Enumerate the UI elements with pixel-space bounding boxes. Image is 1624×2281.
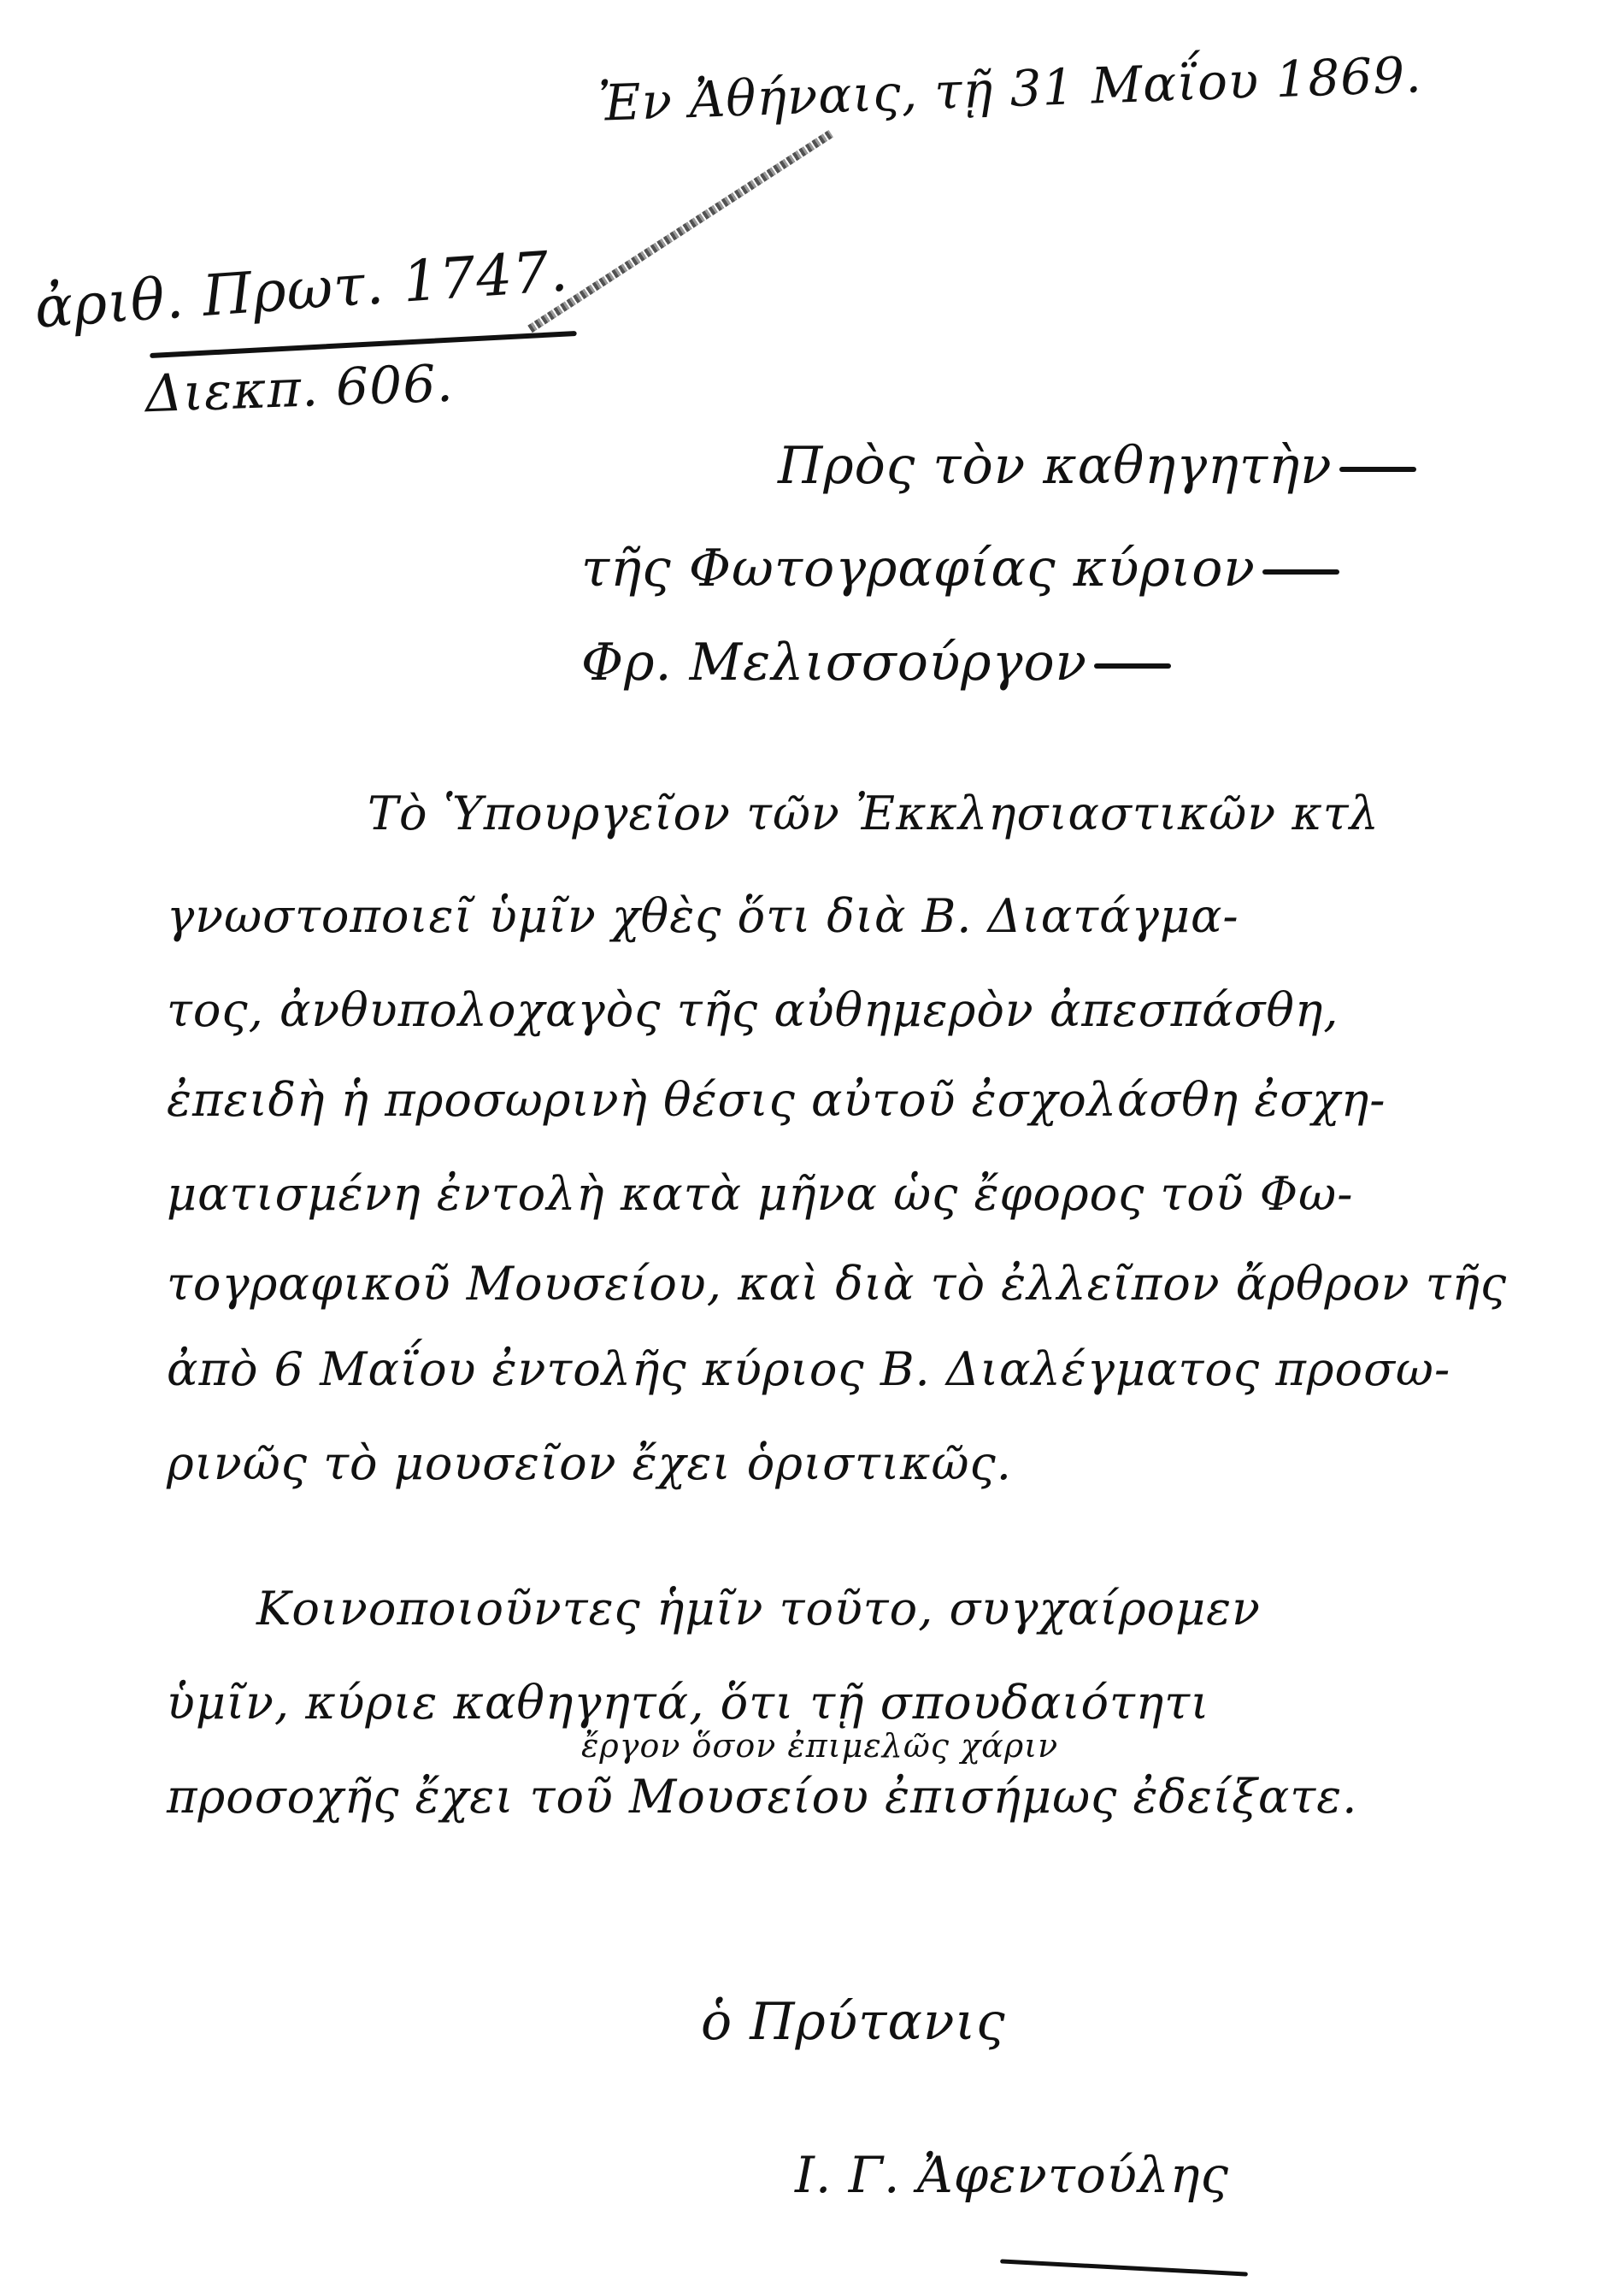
signature: Ι. Γ. Ἀφεντούλης <box>795 2146 1229 2204</box>
interlinear-insertion: ἔργον ὅσον ἐπιμελῶς χάριν <box>581 1727 1058 1765</box>
body-line: προσοχῆς ἔχει τοῦ Μουσείου ἐπισήμως ἐδεί… <box>167 1770 1357 1824</box>
body-line: Τὸ Ὑπουργεῖον τῶν Ἐκκλησιαστικῶν κτλ <box>368 787 1380 840</box>
body-line: ρινῶς τὸ μουσεῖον ἔχει ὁριστικῶς. <box>167 1436 1012 1490</box>
addressee-line-3: Φρ. Μελισσούργον <box>581 633 1171 693</box>
body-line: γνωστοποιεῖ ὑμῖν χθὲς ὅτι διὰ Β. Διατάγμ… <box>167 889 1239 943</box>
date-line: Ἐν Ἀθήναις, τῇ 31 Μαΐου 1869. <box>597 45 1423 133</box>
body-line: τογραφικοῦ Μουσείου, καὶ διὰ τὸ ἐλλεῖπον… <box>167 1257 1507 1311</box>
protocol-number: ἀριθ. Πρωτ. 1747. <box>32 238 570 340</box>
line-filler-stroke <box>1094 663 1171 669</box>
letter-page: Ἐν Ἀθήναις, τῇ 31 Μαΐου 1869. ἀριθ. Πρωτ… <box>0 0 1624 2281</box>
pencil-mark <box>527 130 833 333</box>
signature-underline <box>1000 2259 1248 2276</box>
body-line: Κοινοποιοῦντες ἡμῖν τοῦτο, συγχαίρομεν <box>256 1582 1261 1636</box>
body-line: τος, ἀνθυπολοχαγὸς τῆς αὐθημερὸν ἀπεσπάσ… <box>167 983 1339 1037</box>
addressee-line-1: Πρὸς τὸν καθηγητὴν <box>778 436 1416 496</box>
body-line: ἐπειδὴ ἡ προσωρινὴ θέσις αὐτοῦ ἐσχολάσθη… <box>167 1073 1386 1127</box>
signatory-title: ὁ Πρύτανις <box>701 1992 1006 2052</box>
line-filler-stroke <box>1262 569 1339 575</box>
body-line: ματισμένη ἐντολὴ κατὰ μῆνα ὡς ἔφορος τοῦ… <box>167 1167 1353 1221</box>
reference-divider <box>150 331 577 358</box>
body-line: ὑμῖν, κύριε καθηγητά, ὅτι τῇ σπουδαιότητ… <box>167 1676 1209 1730</box>
line-filler-stroke <box>1339 467 1416 472</box>
dispatch-number: Διεκπ. 606. <box>144 354 455 425</box>
body-line: ἀπὸ 6 Μαΐου ἐντολῆς κύριος Β. Διαλέγματο… <box>167 1342 1450 1396</box>
addressee-line-2: τῆς Φωτογραφίας κύριον <box>581 539 1339 598</box>
